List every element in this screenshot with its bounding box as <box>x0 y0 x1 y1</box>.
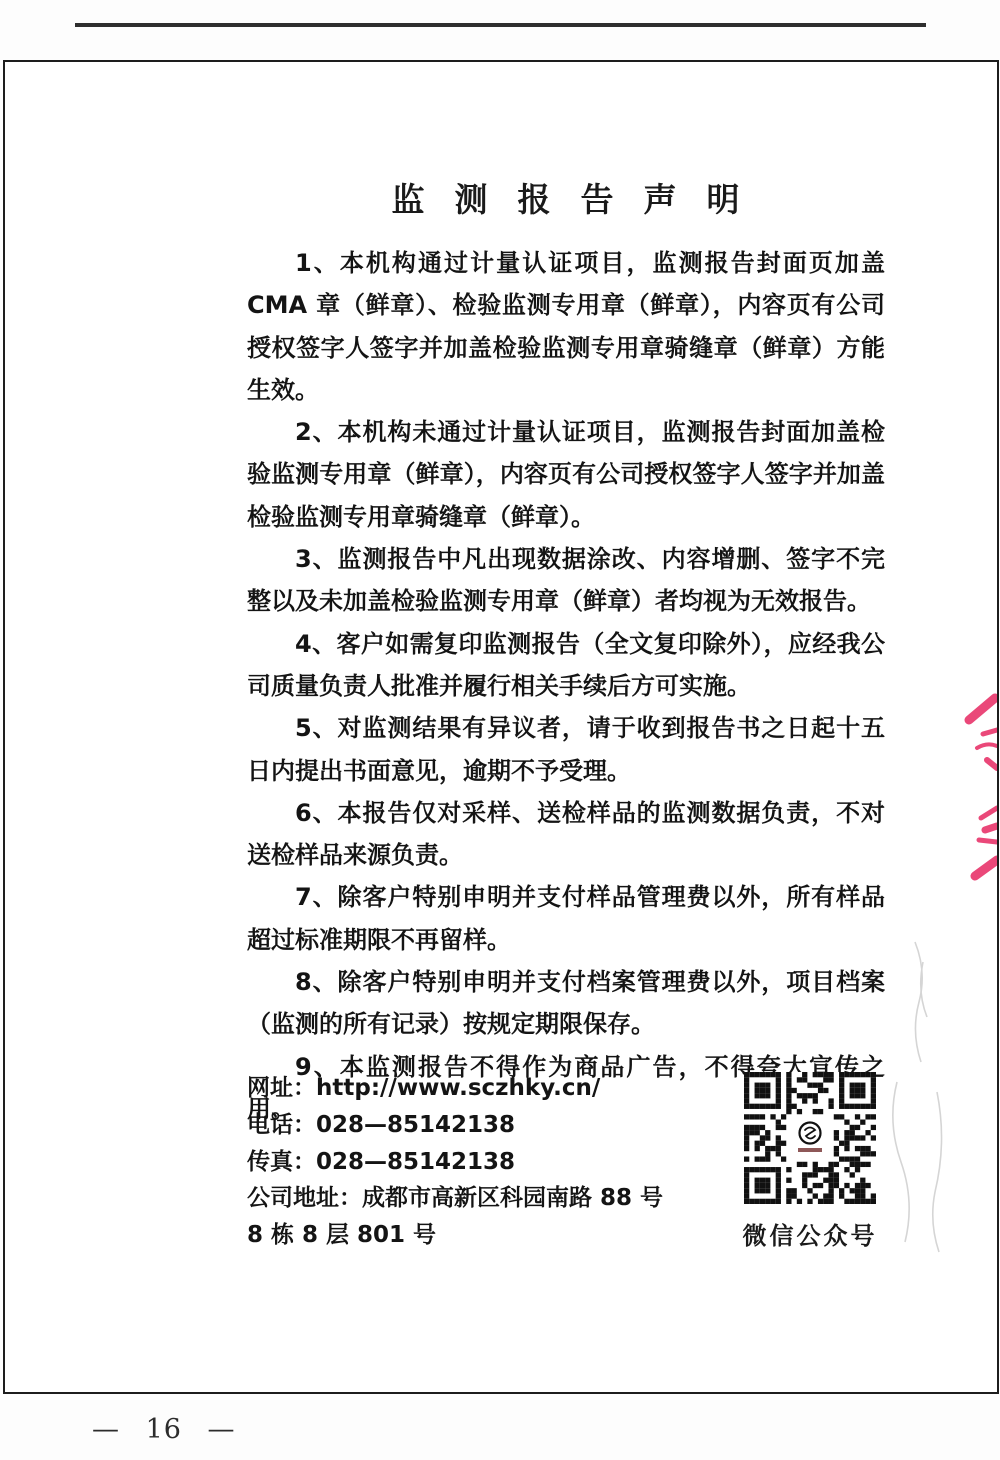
statement-paragraph: 7、除客户特别申明并支付样品管理费以外，所有样品超过标准期限不再留样。 <box>247 876 885 961</box>
contact-address-line: 公司地址：成都市高新区科园南路 88 号 <box>247 1180 747 1217</box>
wechat-qr-block: 微信公众号 <box>740 1072 880 1251</box>
statement-body: 1、本机构通过计量认证项目，监测报告封面页加盖 CMA 章（鲜章）、检验监测专用… <box>247 242 885 1130</box>
statement-paragraph: 6、本报告仅对采样、送检样品的监测数据负责，不对送检样品来源负责。 <box>247 792 885 877</box>
contact-phone-line: 电话：028—85142138 <box>247 1107 747 1144</box>
statement-paragraph: 3、监测报告中凡出现数据涂改、内容增删、签字不完整以及未加盖检验监测专用章（鲜章… <box>247 538 885 623</box>
statement-paragraph: 1、本机构通过计量认证项目，监测报告封面页加盖 CMA 章（鲜章）、检验监测专用… <box>247 242 885 411</box>
red-stamp-fragment-icon <box>963 690 997 950</box>
content-frame: 监测报告声明 1、本机构通过计量认证项目，监测报告封面页加盖 CMA 章（鲜章）… <box>3 60 999 1394</box>
contact-address-line2: 8 栋 8 层 801 号 <box>247 1217 747 1254</box>
statement-paragraph: 2、本机构未通过计量认证项目，监测报告封面加盖检验监测专用章（鲜章），内容页有公… <box>247 411 885 538</box>
statement-paragraph: 4、客户如需复印监测报告（全文复印除外），应经我公司质量负责人批准并履行相关手续… <box>247 623 885 708</box>
statement-paragraph: 5、对监测结果有异议者，请于收到报告书之日起十五日内提出书面意见，逾期不予受理。 <box>247 707 885 792</box>
statement-paragraph: 8、除客户特别申明并支付档案管理费以外，项目档案（监测的所有记录）按规定期限保存… <box>247 961 885 1046</box>
wechat-qr-code-icon <box>744 1072 876 1204</box>
contact-website-line: 网址：http://www.sczhky.cn/ <box>247 1070 747 1107</box>
page-number: — 16 — <box>92 1414 236 1445</box>
scanned-page: 监测报告声明 1、本机构通过计量认证项目，监测报告封面页加盖 CMA 章（鲜章）… <box>0 0 1000 1460</box>
contact-fax-line: 传真：028—85142138 <box>247 1144 747 1181</box>
qr-caption: 微信公众号 <box>740 1216 880 1251</box>
header-rule <box>75 23 926 27</box>
contact-block: 网址：http://www.sczhky.cn/ 电话：028—85142138… <box>247 1070 747 1254</box>
page-title: 监测报告声明 <box>247 174 884 221</box>
